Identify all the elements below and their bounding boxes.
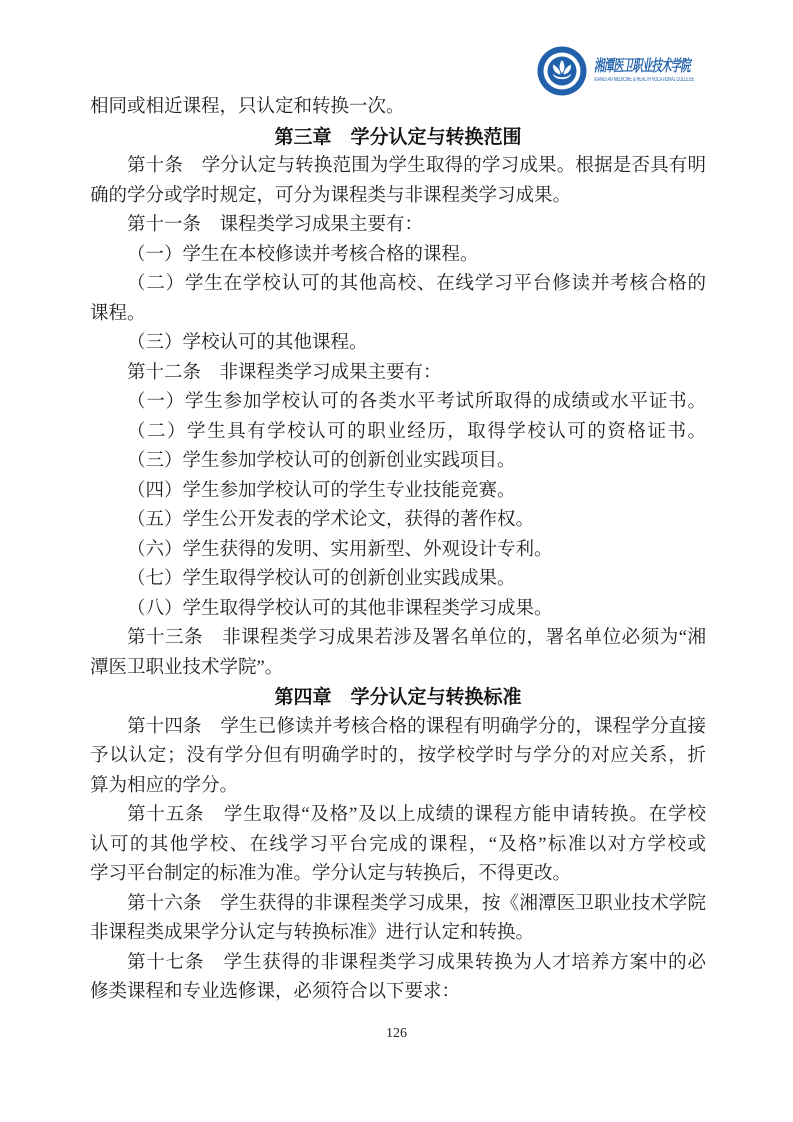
text-line: （三）学校认可的其他课程。 [90, 329, 706, 359]
text-line: （二）学生具有学校认可的职业经历，取得学校认可的资格证书。 [90, 418, 706, 448]
chapter-heading: 第三章 学分认定与转换范围 [90, 123, 706, 153]
text-line: 相同或相近课程，只认定和转换一次。 [90, 93, 706, 123]
text-line: 算为相应的学分。 [90, 772, 706, 802]
text-line: （五）学生公开发表的学术论文，获得的著作权。 [90, 506, 706, 536]
text-line: （八）学生取得学校认可的其他非课程类学习成果。 [90, 595, 706, 625]
text-line: （四）学生参加学校认可的学生专业技能竞赛。 [90, 477, 706, 507]
text-line: 第十条 学分认定与转换范围为学生取得的学习成果。根据是否具有明 [90, 152, 706, 182]
document-page: 湘潭医卫职业技术学院 XIANGTAN MEDICINE & HEALTH VO… [0, 0, 793, 1122]
college-logo: 湘潭医卫职业技术学院 XIANGTAN MEDICINE & HEALTH VO… [537, 46, 714, 96]
text-line: 课程。 [90, 300, 706, 330]
text-line: 潭医卫职业技术学院”。 [90, 654, 706, 684]
text-line: 第十四条 学生已修读并考核合格的课程有明确学分的，课程学分直接 [90, 713, 706, 743]
text-line: 第十三条 非课程类学习成果若涉及署名单位的，署名单位必须为“湘 [90, 624, 706, 654]
text-line: 第十七条 学生获得的非课程类学习成果转换为人才培养方案中的必 [90, 949, 706, 979]
college-seal-icon [537, 46, 587, 96]
text-line: （七）学生取得学校认可的创新创业实践成果。 [90, 565, 706, 595]
text-line: （一）学生在本校修读并考核合格的课程。 [90, 241, 706, 271]
chapter-heading: 第四章 学分认定与转换标准 [90, 683, 706, 713]
text-line: 第十二条 非课程类学习成果主要有： [90, 359, 706, 389]
text-line: （一）学生参加学校认可的各类水平考试所取得的成绩或水平证书。 [90, 388, 706, 418]
text-line: 第十六条 学生获得的非课程类学习成果，按《湘潭医卫职业技术学院 [90, 890, 706, 920]
text-line: 修类课程和专业选修课，必须符合以下要求： [90, 978, 706, 1008]
page-number: 126 [0, 1026, 793, 1042]
text-line: （六）学生获得的发明、实用新型、外观设计专利。 [90, 536, 706, 566]
document-body: 相同或相近课程，只认定和转换一次。第三章 学分认定与转换范围第十条 学分认定与转… [90, 93, 706, 1008]
text-line: （三）学生参加学校认可的创新创业实践项目。 [90, 447, 706, 477]
text-line: 予以认定；没有学分但有明确学时的，按学校学时与学分的对应关系，折 [90, 742, 706, 772]
text-line: 第十一条 课程类学习成果主要有： [90, 211, 706, 241]
college-name-chinese: 湘潭医卫职业技术学院 [594, 58, 671, 76]
college-logo-text: 湘潭医卫职业技术学院 XIANGTAN MEDICINE & HEALTH VO… [594, 58, 714, 84]
text-line: 第十五条 学生取得“及格”及以上成绩的课程方能申请转换。在学校 [90, 801, 706, 831]
text-line: （二）学生在学校认可的其他高校、在线学习平台修读并考核合格的 [90, 270, 706, 300]
text-line: 学习平台制定的标准为准。学分认定与转换后，不得更改。 [90, 860, 706, 890]
text-line: 认可的其他学校、在线学习平台完成的课程，“及格”标准以对方学校或 [90, 831, 706, 861]
text-line: 确的学分或学时规定，可分为课程类与非课程类学习成果。 [90, 182, 706, 212]
text-line: 非课程类成果学分认定与转换标准》进行认定和转换。 [90, 919, 706, 949]
college-name-english: XIANGTAN MEDICINE & HEALTH VOCATIONAL CO… [594, 77, 668, 84]
